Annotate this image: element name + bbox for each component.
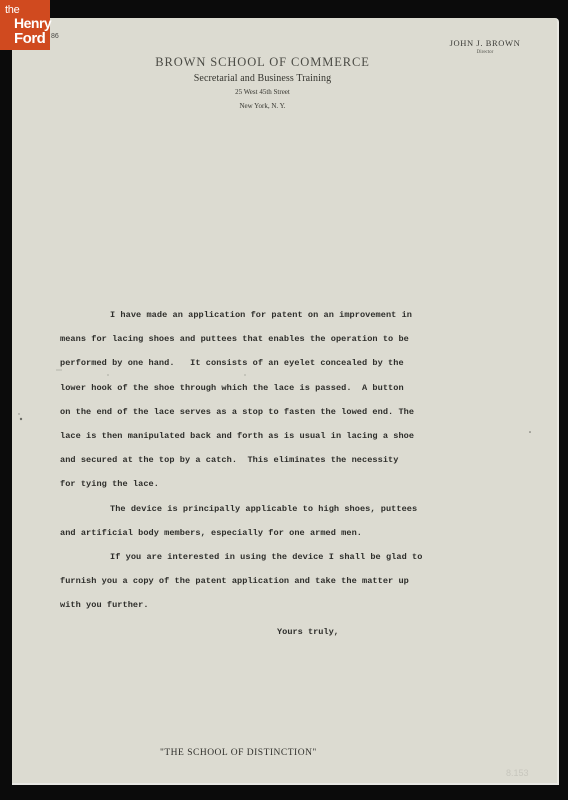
letter-closing: Yours truly,: [277, 627, 339, 637]
letter-line: and secured at the top by a catch. This …: [60, 455, 480, 479]
letter-line: lower hook of the shoe through which the…: [60, 383, 480, 407]
letterhead: BROWN SCHOOL OF COMMERCE Secretarial and…: [120, 55, 405, 110]
letter-line: furnish you a copy of the patent applica…: [60, 576, 480, 600]
city-address: New York, N. Y.: [120, 102, 405, 110]
letter-body: I have made an application for patent on…: [60, 310, 480, 624]
letter-line: for tying the lace.: [60, 479, 480, 503]
letter-line: I have made an application for patent on…: [60, 310, 480, 334]
director-title: Director: [444, 50, 526, 55]
letter-line: with you further.: [60, 600, 480, 624]
letter-line: The device is principally applicable to …: [60, 504, 480, 528]
school-motto: "THE SCHOOL OF DISTINCTION": [160, 748, 317, 758]
school-name: BROWN SCHOOL OF COMMERCE: [120, 55, 405, 70]
director-block: JOHN J. BROWN Director: [444, 38, 526, 55]
henry-ford-logo: the Henry Ford: [0, 0, 50, 50]
letter-line: and artificial body members, especially …: [60, 528, 480, 552]
letter-line: performed by one hand. It consists of an…: [60, 358, 480, 382]
letter-line: on the end of the lace serves as a stop …: [60, 407, 480, 431]
letter-line: means for lacing shoes and puttees that …: [60, 334, 480, 358]
letter-line: If you are interested in using the devic…: [60, 552, 480, 576]
accession-number-fragment: 86: [51, 33, 59, 40]
pencil-annotation: 8.153: [506, 768, 529, 778]
logo-henry: Henry: [14, 16, 51, 30]
logo-ford: Ford: [14, 31, 45, 46]
director-name: JOHN J. BROWN: [444, 38, 526, 48]
school-subtitle: Secretarial and Business Training: [120, 73, 405, 84]
street-address: 25 West 45th Street: [120, 88, 405, 96]
letter-line: lace is then manipulated back and forth …: [60, 431, 480, 455]
